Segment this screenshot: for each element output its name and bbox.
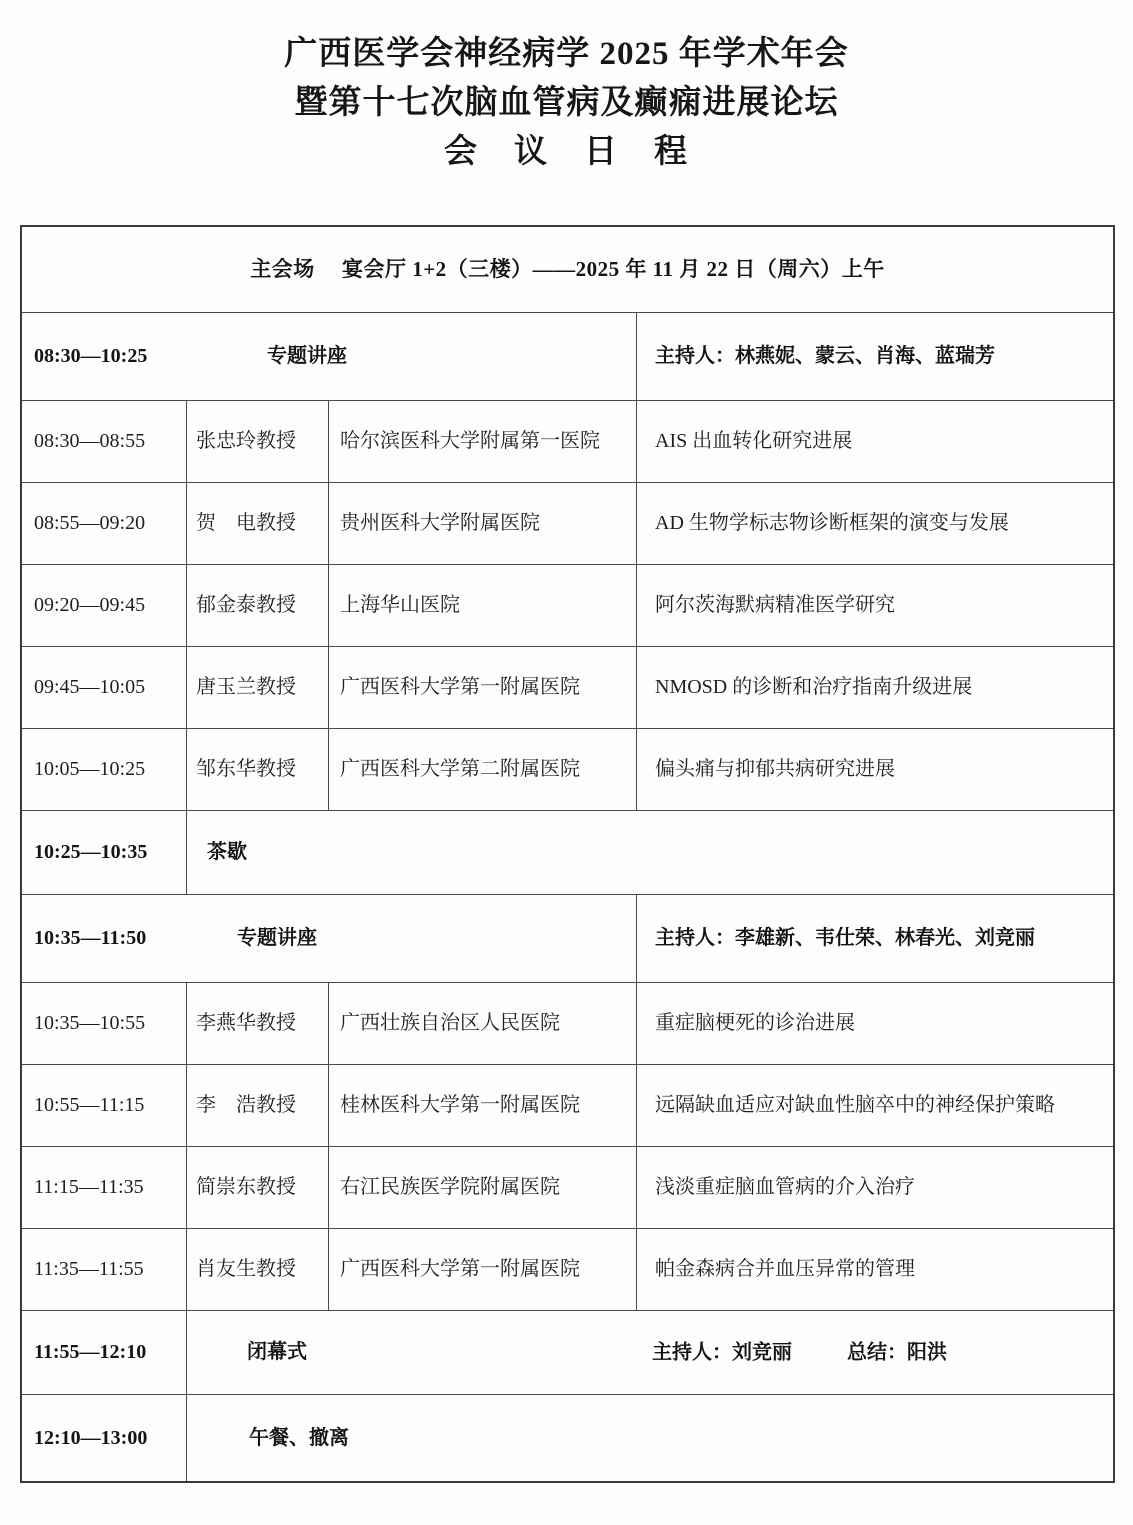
schedule-table: 主会场 宴会厅 1+2（三楼）——2025 年 11 月 22 日（周六）上午 … (20, 225, 1115, 1483)
time-range: 11:55—12:10 (22, 1311, 187, 1394)
title-line-1: 广西医学会神经病学 2025 年学术年会 (0, 30, 1133, 79)
talk-topic: 阿尔茨海默病精准医学研究 (637, 565, 1113, 646)
session-title: 专题讲座 (237, 926, 317, 951)
time-range: 08:55—09:20 (22, 483, 187, 564)
break-label: 茶歇 (187, 811, 1113, 894)
time-range: 10:35—11:50 (34, 926, 184, 951)
speaker-affiliation: 哈尔滨医科大学附属第一医院 (329, 401, 637, 482)
break-row: 12:10—13:00 午餐、撤离 (22, 1395, 1113, 1481)
time-range: 09:20—09:45 (22, 565, 187, 646)
time-range: 10:35—10:55 (22, 983, 187, 1064)
speaker-name: 肖友生教授 (187, 1229, 329, 1310)
speaker-affiliation: 广西医科大学第一附属医院 (329, 647, 637, 728)
talk-topic: AD 生物学标志物诊断框架的演变与发展 (637, 483, 1113, 564)
speaker-affiliation: 桂林医科大学第一附属医院 (329, 1065, 637, 1146)
speaker-affiliation: 右江民族医学院附属医院 (329, 1147, 637, 1228)
speaker-name: 简崇东教授 (187, 1147, 329, 1228)
section-row: 10:35—11:50 专题讲座 主持人：李雄新、韦仕荣、林春光、刘竞丽 (22, 895, 1113, 983)
talk-topic: AIS 出血转化研究进展 (637, 401, 1113, 482)
closing-chair: 主持人：刘竞丽 (652, 1340, 792, 1365)
title-line-2: 暨第十七次脑血管病及癫痫进展论坛 (0, 79, 1133, 128)
time-range: 10:55—11:15 (22, 1065, 187, 1146)
session-chairs: 主持人：李雄新、韦仕荣、林春光、刘竞丽 (637, 895, 1113, 982)
speaker-affiliation: 广西医科大学第二附属医院 (329, 729, 637, 810)
talk-topic: 偏头痛与抑郁共病研究进展 (637, 729, 1113, 810)
talk-row: 09:45—10:05 唐玉兰教授 广西医科大学第一附属医院 NMOSD 的诊断… (22, 647, 1113, 729)
talk-topic: NMOSD 的诊断和治疗指南升级进展 (637, 647, 1113, 728)
talk-row: 10:35—10:55 李燕华教授 广西壮族自治区人民医院 重症脑梗死的诊治进展 (22, 983, 1113, 1065)
section-left-cell: 08:30—10:25 专题讲座 (22, 313, 637, 400)
talk-topic: 重症脑梗死的诊治进展 (637, 983, 1113, 1064)
document-title: 广西医学会神经病学 2025 年学术年会 暨第十七次脑血管病及癫痫进展论坛 会 … (0, 0, 1133, 177)
talk-topic: 远隔缺血适应对缺血性脑卒中的神经保护策略 (637, 1065, 1113, 1146)
talk-row: 11:15—11:35 简崇东教授 右江民族医学院附属医院 浅淡重症脑血管病的介… (22, 1147, 1113, 1229)
time-range: 09:45—10:05 (22, 647, 187, 728)
time-range: 11:15—11:35 (22, 1147, 187, 1228)
session-header: 主会场 宴会厅 1+2（三楼）——2025 年 11 月 22 日（周六）上午 (22, 227, 1113, 312)
speaker-name: 李燕华教授 (187, 983, 329, 1064)
speaker-affiliation: 上海华山医院 (329, 565, 637, 646)
conference-schedule-page: 广西医学会神经病学 2025 年学术年会 暨第十七次脑血管病及癫痫进展论坛 会 … (0, 0, 1133, 1525)
speaker-name: 贺 电教授 (187, 483, 329, 564)
speaker-affiliation: 广西壮族自治区人民医院 (329, 983, 637, 1064)
time-range: 08:30—10:25 (34, 344, 184, 369)
talk-topic: 帕金森病合并血压异常的管理 (637, 1229, 1113, 1310)
time-range: 12:10—13:00 (22, 1395, 187, 1481)
closing-cell: 闭幕式 主持人：刘竞丽 总结：阳洪 (187, 1311, 1113, 1394)
session-title: 专题讲座 (267, 344, 347, 369)
talk-row: 08:55—09:20 贺 电教授 贵州医科大学附属医院 AD 生物学标志物诊断… (22, 483, 1113, 565)
section-row: 08:30—10:25 专题讲座 主持人：林燕妮、蒙云、肖海、蓝瑞芳 (22, 313, 1113, 401)
time-range: 11:35—11:55 (22, 1229, 187, 1310)
talk-row: 10:05—10:25 邹东华教授 广西医科大学第二附属医院 偏头痛与抑郁共病研… (22, 729, 1113, 811)
session-header-row: 主会场 宴会厅 1+2（三楼）——2025 年 11 月 22 日（周六）上午 (22, 227, 1113, 313)
break-label: 午餐、撤离 (187, 1395, 1113, 1481)
closing-row: 11:55—12:10 闭幕式 主持人：刘竞丽 总结：阳洪 (22, 1311, 1113, 1395)
closing-summary: 总结：阳洪 (847, 1340, 947, 1365)
title-line-3: 会 议 日 程 (0, 128, 1133, 177)
talk-row: 11:35—11:55 肖友生教授 广西医科大学第一附属医院 帕金森病合并血压异… (22, 1229, 1113, 1311)
speaker-name: 郁金泰教授 (187, 565, 329, 646)
talk-row: 08:30—08:55 张忠玲教授 哈尔滨医科大学附属第一医院 AIS 出血转化… (22, 401, 1113, 483)
speaker-name: 张忠玲教授 (187, 401, 329, 482)
time-range: 10:05—10:25 (22, 729, 187, 810)
talk-row: 10:55—11:15 李 浩教授 桂林医科大学第一附属医院 远隔缺血适应对缺血… (22, 1065, 1113, 1147)
closing-label: 闭幕式 (247, 1340, 307, 1365)
speaker-name: 李 浩教授 (187, 1065, 329, 1146)
speaker-name: 邹东华教授 (187, 729, 329, 810)
break-row: 10:25—10:35 茶歇 (22, 811, 1113, 895)
speaker-affiliation: 贵州医科大学附属医院 (329, 483, 637, 564)
time-range: 10:25—10:35 (22, 811, 187, 894)
session-chairs: 主持人：林燕妮、蒙云、肖海、蓝瑞芳 (637, 313, 1113, 400)
time-range: 08:30—08:55 (22, 401, 187, 482)
talk-topic: 浅淡重症脑血管病的介入治疗 (637, 1147, 1113, 1228)
speaker-name: 唐玉兰教授 (187, 647, 329, 728)
speaker-affiliation: 广西医科大学第一附属医院 (329, 1229, 637, 1310)
section-left-cell: 10:35—11:50 专题讲座 (22, 895, 637, 982)
talk-row: 09:20—09:45 郁金泰教授 上海华山医院 阿尔茨海默病精准医学研究 (22, 565, 1113, 647)
